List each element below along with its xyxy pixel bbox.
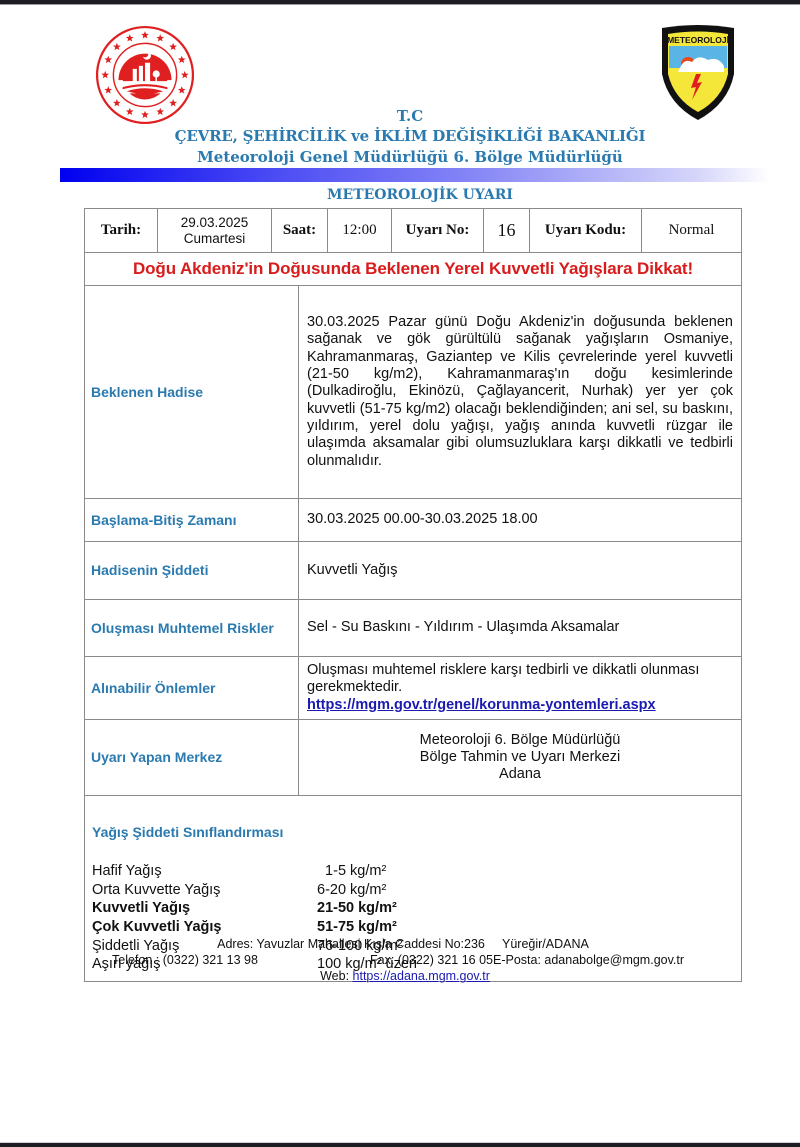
classification-item-name: Kuvvetli Yağış xyxy=(92,899,317,918)
measures-cell: Oluşması muhtemel risklere karşı tedbirl… xyxy=(299,657,742,720)
risks-label: Oluşması Muhtemel Riskler xyxy=(85,600,299,657)
row-severity: Hadisenin Şiddeti Kuvvetli Yağış xyxy=(85,542,742,600)
footer-web: Web: https://adana.mgm.gov.tr xyxy=(10,969,800,985)
issuer-cell: Meteoroloji 6. Bölge Müdürlüğü Bölge Tah… xyxy=(299,720,742,796)
classification-item: Hafif Yağış 1-5 kg/m² xyxy=(92,862,741,881)
date-text: 29.03.2025 xyxy=(158,215,271,231)
header-tc: T.C xyxy=(20,106,800,126)
measures-link[interactable]: https://mgm.gov.tr/genel/korunma-yonteml… xyxy=(307,697,656,713)
classification-item: Çok Kuvvetli Yağış51-75 kg/m² xyxy=(92,918,741,937)
top-status-bar xyxy=(0,0,800,5)
time-label: Saat: xyxy=(272,209,328,252)
expected-event-value: 30.03.2025 Pazar günü Doğu Akdeniz'in do… xyxy=(299,286,742,499)
classification-item: Orta Kuvvette Yağış6-20 kg/m² xyxy=(92,881,741,900)
document-title: METEOROLOJİK UYARI xyxy=(20,187,800,203)
header-directorate: Meteoroloji Genel Müdürlüğü 6. Bölge Müd… xyxy=(20,147,800,168)
classification-item-name: Hafif Yağış xyxy=(92,862,317,881)
classification-item-name: Orta Kuvvette Yağış xyxy=(92,881,317,900)
header-gradient-bar xyxy=(60,168,770,182)
row-expected-event: Beklenen Hadise 30.03.2025 Pazar günü Do… xyxy=(85,286,742,499)
footer-phone: Telefon : (0322) 321 13 98 xyxy=(112,953,258,969)
footer-address: Adres: Yavuzlar Mahallesi Kışla Caddesi … xyxy=(6,937,800,953)
classification-item-range: 21-50 kg/m² xyxy=(317,899,397,918)
footer-web-link[interactable]: https://adana.mgm.gov.tr xyxy=(353,969,490,983)
issuer-line-2: Bölge Tahmin ve Uyarı Merkezi xyxy=(307,749,733,766)
footer-fax-email: Fax: (0322) 321 16 05E-Posta: adanabolge… xyxy=(370,953,684,969)
footer: Adres: Yavuzlar Mahallesi Kışla Caddesi … xyxy=(0,937,800,984)
headline-row: Doğu Akdeniz'in Doğusunda Beklenen Yerel… xyxy=(85,253,742,286)
headline-text: Doğu Akdeniz'in Doğusunda Beklenen Yerel… xyxy=(85,253,742,286)
classification-title: Yağış Şiddeti Sınıflandırması xyxy=(92,824,741,840)
issuer-label: Uyarı Yapan Merkez xyxy=(85,720,299,796)
day-text: Cumartesi xyxy=(158,231,271,247)
warning-table: Tarih: 29.03.2025 Cumartesi Saat: 12:00 … xyxy=(84,208,742,982)
issuer-line-1: Meteoroloji 6. Bölge Müdürlüğü xyxy=(307,732,733,749)
bottom-bar xyxy=(0,1142,800,1147)
start-end-label: Başlama-Bitiş Zamanı xyxy=(85,499,299,542)
meta-row: Tarih: 29.03.2025 Cumartesi Saat: 12:00 … xyxy=(85,209,742,253)
row-measures: Alınabilir Önlemler Oluşması muhtemel ri… xyxy=(85,657,742,720)
date-value: 29.03.2025 Cumartesi xyxy=(158,209,272,252)
classification-item-range: 1-5 kg/m² xyxy=(317,862,386,881)
svg-text:METEOROLOJİ: METEOROLOJİ xyxy=(667,35,729,45)
classification-item-range: 51-75 kg/m² xyxy=(317,918,397,937)
classification-item-range: 6-20 kg/m² xyxy=(317,881,386,900)
classification-item-name: Çok Kuvvetli Yağış xyxy=(92,918,317,937)
footer-web-label: Web: xyxy=(320,969,352,983)
classification-item: Kuvvetli Yağış21-50 kg/m² xyxy=(92,899,741,918)
header-ministry: ÇEVRE, ŞEHİRCİLİK ve İKLİM DEĞİŞİKLİĞİ B… xyxy=(20,126,800,147)
start-end-value: 30.03.2025 00.00-30.03.2025 18.00 xyxy=(299,499,742,542)
time-value: 12:00 xyxy=(328,209,392,252)
measures-label: Alınabilir Önlemler xyxy=(85,657,299,720)
severity-value: Kuvvetli Yağış xyxy=(299,542,742,600)
warning-no-label: Uyarı No: xyxy=(392,209,484,252)
issuer-line-3: Adana xyxy=(307,766,733,783)
date-label: Tarih: xyxy=(85,209,158,252)
severity-label: Hadisenin Şiddeti xyxy=(85,542,299,600)
row-start-end: Başlama-Bitiş Zamanı 30.03.2025 00.00-30… xyxy=(85,499,742,542)
measures-value: Oluşması muhtemel risklere karşı tedbirl… xyxy=(307,662,733,697)
row-issuer: Uyarı Yapan Merkez Meteoroloji 6. Bölge … xyxy=(85,720,742,796)
warning-code-value: Normal xyxy=(642,209,742,252)
warning-no-value: 16 xyxy=(484,209,530,252)
warning-code-label: Uyarı Kodu: xyxy=(530,209,642,252)
row-risks: Oluşması Muhtemel Riskler Sel - Su Baskı… xyxy=(85,600,742,657)
footer-contact: Telefon : (0322) 321 13 98 Fax: (0322) 3… xyxy=(0,953,800,969)
risks-value: Sel - Su Baskını - Yıldırım - Ulaşımda A… xyxy=(299,600,742,657)
ministry-header: T.C ÇEVRE, ŞEHİRCİLİK ve İKLİM DEĞİŞİKLİ… xyxy=(0,106,800,168)
meta-inner-table: Tarih: 29.03.2025 Cumartesi Saat: 12:00 … xyxy=(85,209,741,252)
expected-event-label: Beklenen Hadise xyxy=(85,286,299,499)
